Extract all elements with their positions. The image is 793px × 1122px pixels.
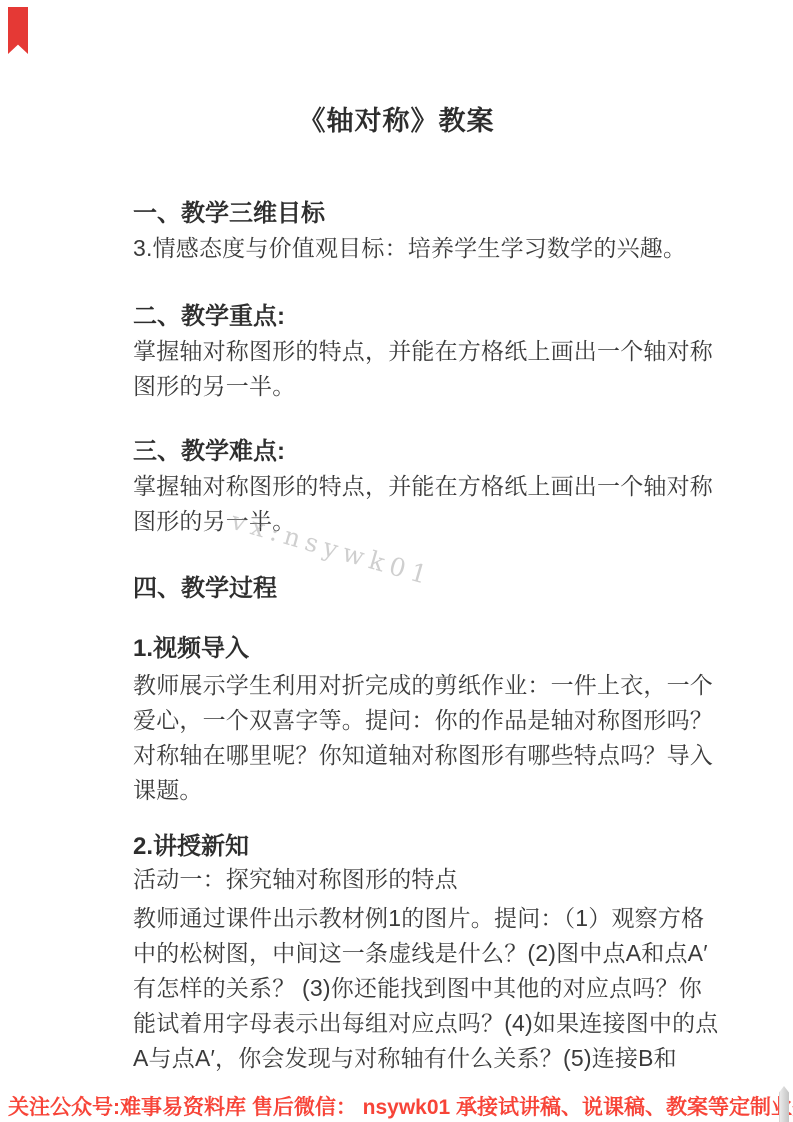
step-body-video-intro: 教师展示学生利用对折完成的剪纸作业：一件上衣，一个 爱心，一个双喜字等。提问：你…	[133, 668, 733, 808]
section-heading-difficulties: 三、教学难点:	[133, 435, 733, 468]
text-line: 能试着用字母表示出每组对应点吗？(4)如果连接图中的点	[133, 1006, 733, 1041]
text-line: 活动一：探究轴对称图形的特点	[133, 862, 733, 897]
step-activity-label: 活动一：探究轴对称图形的特点	[133, 862, 733, 897]
step-heading-new-knowledge: 2.讲授新知	[133, 830, 733, 863]
text-line: 有怎样的关系？ (3)你还能找到图中其他的对应点吗？你	[133, 971, 733, 1006]
text-line: 3.情感态度与价值观目标：培养学生学习数学的兴趣。	[133, 231, 733, 266]
section-body-objectives: 3.情感态度与价值观目标：培养学生学习数学的兴趣。	[133, 231, 733, 266]
document-page: 《轴对称》教案 一、教学三维目标 3.情感态度与价值观目标：培养学生学习数学的兴…	[0, 0, 793, 1122]
section-body-difficulties: 掌握轴对称图形的特点，并能在方格纸上画出一个轴对称 图形的另一半。	[133, 469, 733, 539]
text-line: A与点A′，你会发现与对称轴有什么关系？(5)连接B和	[133, 1041, 733, 1076]
page-title: 《轴对称》教案	[0, 99, 793, 138]
text-line: 掌握轴对称图形的特点，并能在方格纸上画出一个轴对称	[133, 334, 733, 369]
text-line: 中的松树图，中间这一条虚线是什么？(2)图中点A和点A′	[133, 936, 733, 971]
step-body-new-knowledge: 教师通过课件出示教材例1的图片。提问：（1）观察方格 中的松树图，中间这一条虚线…	[133, 901, 733, 1076]
text-line: 图形的另一半。	[133, 504, 733, 539]
section-heading-objectives: 一、教学三维目标	[133, 197, 733, 230]
text-line: 教师通过课件出示教材例1的图片。提问：（1）观察方格	[133, 901, 733, 936]
section-heading-key-points: 二、教学重点:	[133, 300, 733, 333]
section-heading-process: 四、教学过程	[133, 572, 733, 605]
text-line: 图形的另一半。	[133, 369, 733, 404]
scrollbar-thumb[interactable]	[779, 1086, 789, 1122]
text-line: 爱心，一个双喜字等。提问：你的作品是轴对称图形吗？	[133, 703, 733, 738]
footer-promo-text: 关注公众号:难事易资料库 售后微信： nsywk01 承接试讲稿、说课稿、教案等…	[8, 1091, 793, 1121]
text-line: 课题。	[133, 773, 733, 808]
section-body-key-points: 掌握轴对称图形的特点，并能在方格纸上画出一个轴对称 图形的另一半。	[133, 334, 733, 404]
step-heading-video-intro: 1.视频导入	[133, 632, 733, 665]
red-bookmark-icon	[8, 7, 28, 54]
text-line: 教师展示学生利用对折完成的剪纸作业：一件上衣，一个	[133, 668, 733, 703]
text-line: 对称轴在哪里呢？你知道轴对称图形有哪些特点吗？导入	[133, 738, 733, 773]
text-line: 掌握轴对称图形的特点，并能在方格纸上画出一个轴对称	[133, 469, 733, 504]
